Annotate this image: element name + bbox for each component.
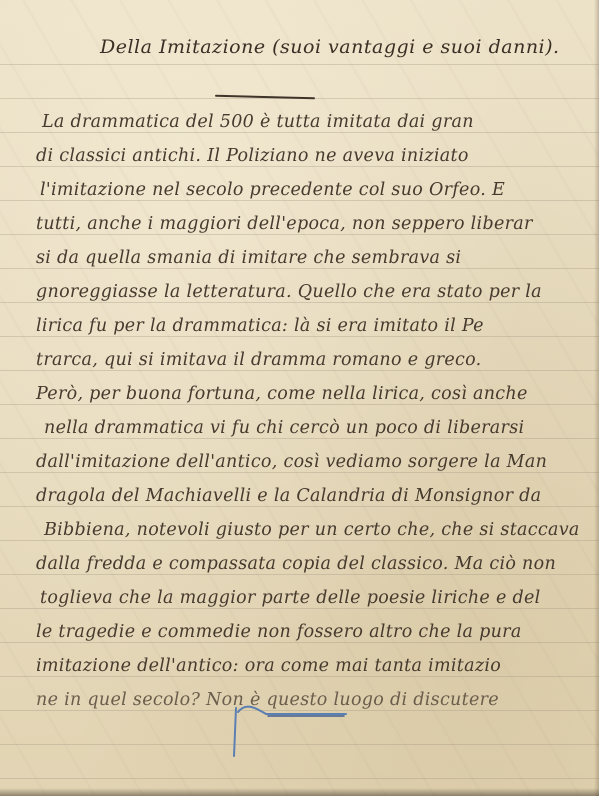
manuscript-line: toglieva che la maggior parte delle poes… <box>40 588 541 608</box>
manuscript-line: lirica fu per la drammatica: là si era i… <box>36 316 484 336</box>
ruled-line <box>0 778 599 779</box>
manuscript-line: La drammatica del 500 è tutta imitata da… <box>42 112 474 132</box>
manuscript-line: Bibbiena, notevoli giusto per un certo c… <box>44 520 580 540</box>
ruled-line <box>0 370 599 371</box>
ruled-line <box>0 506 599 507</box>
ruled-line <box>0 268 599 269</box>
manuscript-line: tutti, anche i maggiori dell'epoca, non … <box>36 214 533 234</box>
ruled-line <box>0 132 599 133</box>
ruled-line <box>0 574 599 575</box>
ruled-line <box>0 302 599 303</box>
ruled-line <box>0 404 599 405</box>
manuscript-line: imitazione dell'antico: ora come mai tan… <box>36 656 501 676</box>
ruled-line <box>0 676 599 677</box>
manuscript-line: di classici antichi. Il Poliziano ne ave… <box>36 146 469 166</box>
manuscript-line: le tragedie e commedie non fossero altro… <box>36 622 522 642</box>
ruled-line <box>0 200 599 201</box>
blue-pencil-bracket-icon <box>228 704 358 759</box>
manuscript-line: l'imitazione nel secolo precedente col s… <box>40 180 505 200</box>
ruled-line <box>0 166 599 167</box>
ruled-line <box>0 608 599 609</box>
ruled-line <box>0 64 599 65</box>
manuscript-line: dragola del Machiavelli e la Calandria d… <box>36 486 541 506</box>
manuscript-line: dalla fredda e compassata copia del clas… <box>36 554 556 574</box>
manuscript-title: Della Imitazione (suoi vantaggi e suoi d… <box>100 36 560 58</box>
ruled-line <box>0 540 599 541</box>
page-bottom-shadow <box>0 788 599 796</box>
ruled-line <box>0 710 599 711</box>
ruled-line <box>0 472 599 473</box>
ruled-line <box>0 234 599 235</box>
manuscript-line: si da quella smania di imitare che sembr… <box>36 248 461 268</box>
ruled-line <box>0 744 599 745</box>
manuscript-page: Della Imitazione (suoi vantaggi e suoi d… <box>0 0 599 796</box>
manuscript-line: nella drammatica vi fu chi cercò un poco… <box>44 418 524 438</box>
manuscript-line: dall'imitazione dell'antico, così vediam… <box>36 452 547 472</box>
manuscript-line: Però, per buona fortuna, come nella liri… <box>36 384 528 404</box>
manuscript-line: trarca, qui si imitava il dramma romano … <box>36 350 482 370</box>
manuscript-line: ne in quel secolo? Non è questo luogo di… <box>36 690 499 710</box>
ruled-line <box>0 642 599 643</box>
ruled-line <box>0 336 599 337</box>
page-edge-shadow <box>594 0 599 796</box>
ruled-line <box>0 438 599 439</box>
manuscript-line: gnoreggiasse la letteratura. Quello che … <box>36 282 542 302</box>
